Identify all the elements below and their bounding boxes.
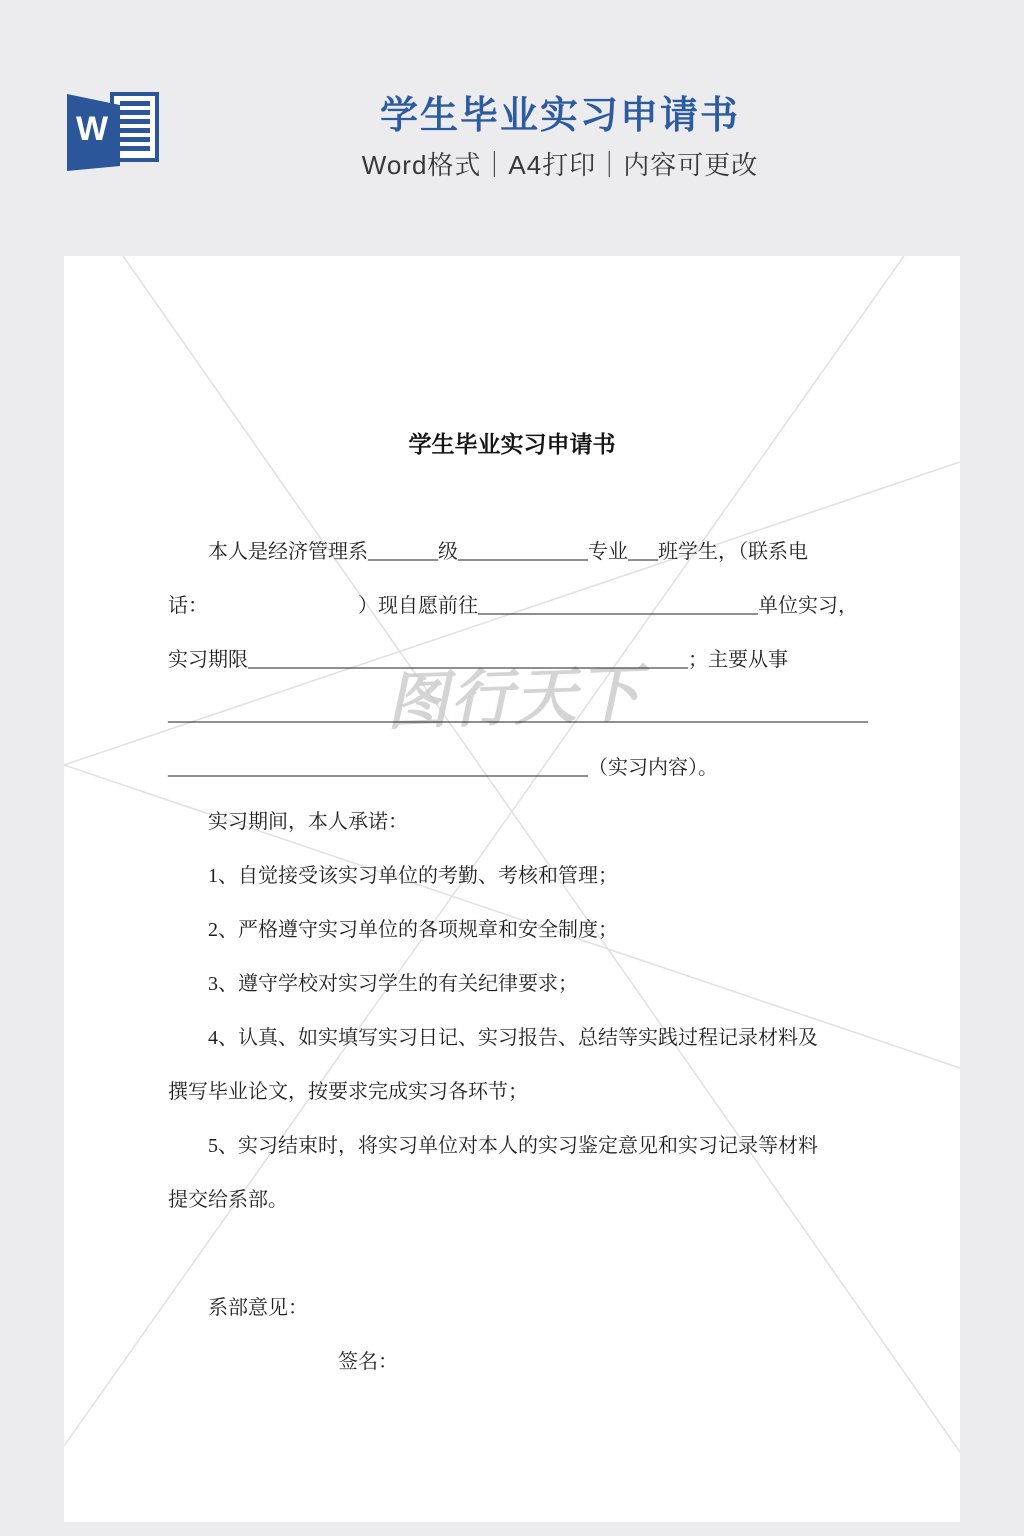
document-line: 1、自觉接受该实习单位的考勤、考核和管理；	[168, 849, 868, 903]
document-line: 本人是经济管理系_______级_____________专业___班学生，（联…	[168, 525, 868, 579]
document-line: 系部意见：	[168, 1281, 868, 1335]
header-title: 学生毕业实习申请书	[96, 94, 1024, 138]
document-line: ________________________________________…	[168, 687, 868, 741]
document-line: 实习期限____________________________________…	[168, 633, 868, 687]
document-line: 4、认真、如实填写实习日记、实习报告、总结等实践过程记录材料及	[168, 1011, 868, 1065]
document-line: 2、严格遵守实习单位的各项规章和安全制度；	[168, 903, 868, 957]
document-line: 实习期间，本人承诺：	[168, 795, 868, 849]
document-line: 撰写毕业论文，按要求完成实习各环节；	[168, 1065, 868, 1119]
document-line: 话： ）现自愿前往____________________________单位实…	[168, 579, 868, 633]
document-line: 3、遵守学校对实习学生的有关纪律要求；	[168, 957, 868, 1011]
document-line: 提交给系部。	[168, 1173, 868, 1227]
header-subtitle: Word格式｜A4打印｜内容可更改	[96, 150, 1024, 180]
document-body: 本人是经济管理系_______级_____________专业___班学生，（联…	[168, 525, 868, 1389]
document-sheet: 图行天下 学生毕业实习申请书 本人是经济管理系_______级_________…	[64, 256, 960, 1522]
document-line: 签名：	[168, 1335, 868, 1389]
document-title: 学生毕业实习申请书	[64, 426, 960, 459]
header-text-block: 学生毕业实习申请书 Word格式｜A4打印｜内容可更改	[96, 94, 1024, 180]
document-line	[168, 1227, 868, 1281]
document-line: ________________________________________…	[168, 741, 868, 795]
template-preview-page: W 学生毕业实习申请书 Word格式｜A4打印｜内容可更改 图行天下 学生毕业实…	[0, 0, 1024, 1536]
document-line: 5、实习结束时，将实习单位对本人的实习鉴定意见和实习记录等材料	[168, 1119, 868, 1173]
